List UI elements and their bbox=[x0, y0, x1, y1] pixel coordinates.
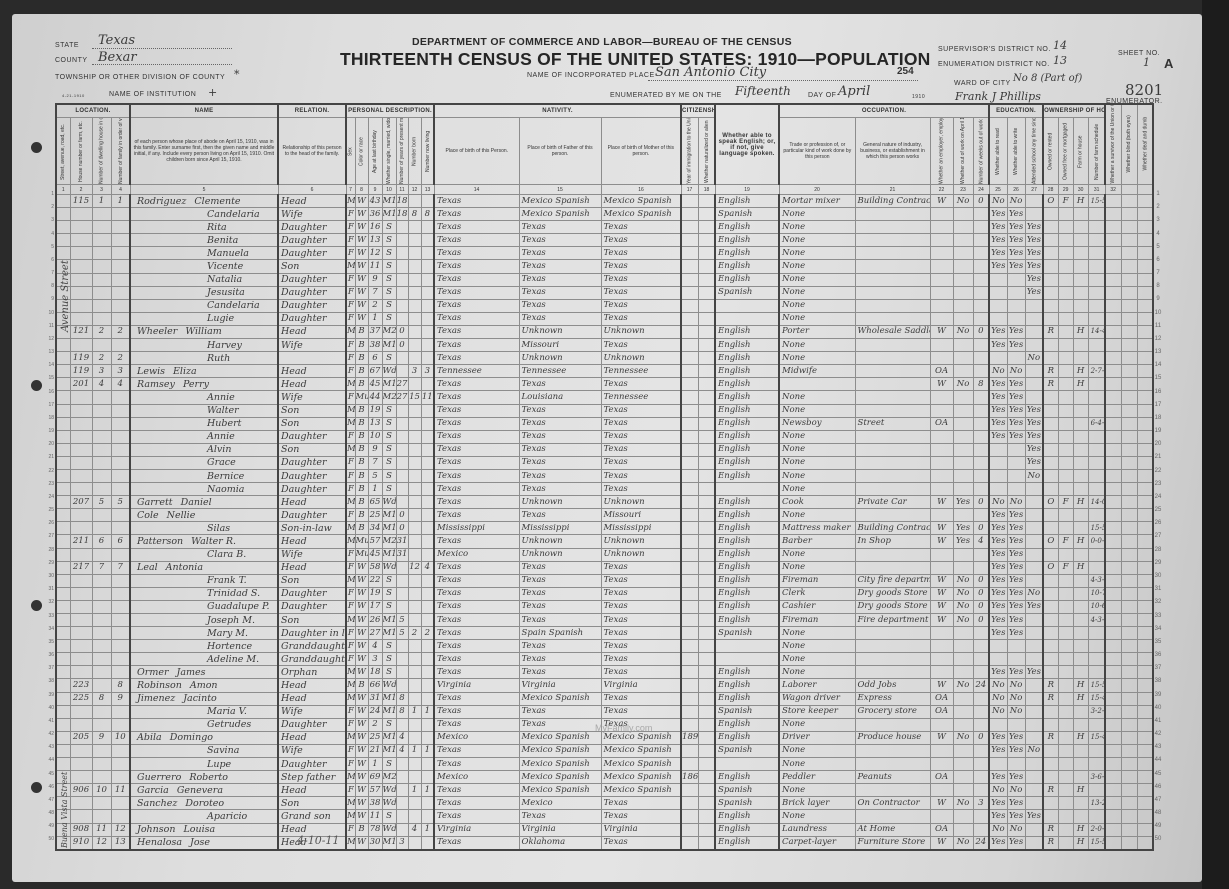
given-name: Candelaria bbox=[207, 300, 260, 311]
line-number: 40 bbox=[1150, 702, 1166, 715]
line-number: 22 bbox=[44, 465, 54, 478]
cell-mpob: Mississippi bbox=[601, 522, 681, 535]
table-row: LugieDaughterFW1STexasTexasTexasNone bbox=[56, 312, 1153, 325]
cell-own bbox=[1043, 339, 1058, 352]
cell-emp: OA bbox=[930, 771, 953, 784]
table-row: AparicioGrand sonMW11STexasTexasTexasEng… bbox=[56, 810, 1153, 823]
cell-name: JimenezJacinto bbox=[130, 692, 278, 705]
cell-pob: Texas bbox=[434, 273, 519, 286]
surname: Ramsey bbox=[137, 379, 175, 390]
cell-farm bbox=[1073, 600, 1088, 613]
cell-age: 7 bbox=[368, 286, 382, 299]
given-name: Amon bbox=[190, 680, 218, 691]
group-citizenship: CITIZENSHIP. bbox=[681, 104, 715, 118]
table-row: GraceDaughterFB7STexasTexasTexasEnglishN… bbox=[56, 456, 1153, 469]
header-trade: Trade or profession of, or particular ki… bbox=[779, 118, 855, 185]
cell-dwell: 11 bbox=[92, 823, 111, 836]
cell-street bbox=[56, 627, 70, 640]
cell-lang bbox=[715, 758, 779, 771]
cell-trade: Fireman bbox=[779, 614, 855, 627]
cell-born bbox=[408, 496, 421, 509]
group-education: EDUCATION. bbox=[989, 104, 1043, 118]
cell-farm bbox=[1073, 417, 1088, 430]
cell-rel: Daughter bbox=[278, 273, 346, 286]
cell-fam bbox=[111, 758, 130, 771]
cell-write: Yes bbox=[1007, 810, 1025, 823]
cell-imm bbox=[681, 325, 698, 338]
given-name: Grace bbox=[207, 457, 236, 468]
cell-nat bbox=[698, 496, 715, 509]
cell-lang bbox=[715, 640, 779, 653]
cell-sched bbox=[1088, 561, 1105, 574]
cell-rel: Head bbox=[278, 731, 346, 744]
cell-lang: English bbox=[715, 509, 779, 522]
cell-rel: Daughter bbox=[278, 312, 346, 325]
cell-surv bbox=[1105, 391, 1121, 404]
cell-trade: None bbox=[779, 286, 855, 299]
cell-nat bbox=[698, 391, 715, 404]
cell-ind: Express bbox=[855, 692, 930, 705]
cell-living bbox=[421, 496, 434, 509]
cell-free bbox=[1058, 325, 1073, 338]
cell-yrs: 8 bbox=[396, 692, 408, 705]
cell-ind: Furniture Store bbox=[855, 836, 930, 850]
cell-dwell bbox=[92, 273, 111, 286]
cell-rel: Son bbox=[278, 797, 346, 810]
cell-fam: 11 bbox=[111, 784, 130, 797]
line-number: 13 bbox=[44, 346, 54, 359]
cell-read bbox=[989, 758, 1007, 771]
cell-free bbox=[1058, 299, 1073, 312]
column-number: 20 bbox=[779, 185, 855, 195]
cell-wks: 0 bbox=[973, 195, 989, 208]
cell-rel: Head bbox=[278, 561, 346, 574]
cell-sch: Yes bbox=[1025, 810, 1043, 823]
cell-age: 3 bbox=[368, 653, 382, 666]
column-number: 16 bbox=[601, 185, 681, 195]
cell-lang: English bbox=[715, 548, 779, 561]
cell-mpob: Texas bbox=[601, 836, 681, 850]
street-annotation: Buena Vista Street bbox=[60, 772, 69, 848]
cell-surv bbox=[1105, 339, 1121, 352]
cell-free bbox=[1058, 339, 1073, 352]
cell-free bbox=[1058, 404, 1073, 417]
cell-living bbox=[421, 312, 434, 325]
cell-farm bbox=[1073, 614, 1088, 627]
line-number: 39 bbox=[44, 689, 54, 702]
cell-sex: M bbox=[346, 666, 355, 679]
cell-sex: F bbox=[346, 509, 355, 522]
cell-blind bbox=[1121, 312, 1137, 325]
cell-fpob: Texas bbox=[519, 574, 601, 587]
line-number: 27 bbox=[1150, 530, 1166, 543]
header-industry: General nature of industry, business, or… bbox=[855, 118, 930, 185]
cell-race: W bbox=[355, 221, 368, 234]
given-name: Perry bbox=[183, 379, 209, 390]
cell-sched: 15-5-9-8 bbox=[1088, 679, 1105, 692]
cell-born bbox=[408, 469, 421, 482]
form-code: 4-21-1910 bbox=[62, 93, 85, 98]
cell-yrs bbox=[396, 273, 408, 286]
column-number: 4 bbox=[111, 185, 130, 195]
cell-lang: English bbox=[715, 692, 779, 705]
given-name: Savina bbox=[207, 745, 239, 756]
cell-lang: English bbox=[715, 535, 779, 548]
line-number: 18 bbox=[44, 412, 54, 425]
cell-emp bbox=[930, 548, 953, 561]
column-number: 22 bbox=[930, 185, 953, 195]
cell-sched bbox=[1088, 483, 1105, 496]
cell-imm bbox=[681, 430, 698, 443]
header-dwelling: Number of dwelling house in order of vis… bbox=[92, 118, 111, 185]
cell-house: 906 bbox=[70, 784, 92, 797]
cell-free: F bbox=[1058, 195, 1073, 208]
table-row: 9081112JohnsonLouisaHeadFB78Wd41Virginia… bbox=[56, 823, 1153, 836]
cell-name: Lugie bbox=[130, 312, 278, 325]
cell-yrs: 0 bbox=[396, 522, 408, 535]
punch-hole-icon bbox=[31, 142, 42, 153]
cell-sex: M bbox=[346, 614, 355, 627]
cell-out: No bbox=[953, 587, 973, 600]
cell-free bbox=[1058, 836, 1073, 850]
cell-living bbox=[421, 234, 434, 247]
cell-farm: H bbox=[1073, 365, 1088, 378]
cell-born bbox=[408, 600, 421, 613]
cell-house bbox=[70, 443, 92, 456]
cell-ind bbox=[855, 339, 930, 352]
cell-lang: English bbox=[715, 469, 779, 482]
cell-trade: Mattress maker bbox=[779, 522, 855, 535]
cell-out bbox=[953, 771, 973, 784]
cell-trade: Porter bbox=[779, 325, 855, 338]
cell-wks bbox=[973, 365, 989, 378]
cell-write: Yes bbox=[1007, 797, 1025, 810]
cell-mpob: Tennessee bbox=[601, 391, 681, 404]
line-number: 8 bbox=[44, 280, 54, 293]
column-number: 7 bbox=[346, 185, 355, 195]
line-number: 47 bbox=[44, 794, 54, 807]
cell-emp bbox=[930, 443, 953, 456]
cell-surv bbox=[1105, 273, 1121, 286]
cell-lang: English bbox=[715, 378, 779, 391]
cell-surv bbox=[1105, 456, 1121, 469]
cell-sch bbox=[1025, 299, 1043, 312]
cell-blind bbox=[1121, 365, 1137, 378]
column-number: 6 bbox=[278, 185, 346, 195]
cell-wks bbox=[973, 718, 989, 731]
cell-yrs: 18 bbox=[396, 195, 408, 208]
cell-free bbox=[1058, 679, 1073, 692]
cell-mar: S bbox=[382, 221, 396, 234]
cell-house: 121 bbox=[70, 325, 92, 338]
cell-dwell bbox=[92, 771, 111, 784]
cell-fpob: Texas bbox=[519, 483, 601, 496]
cell-read: Yes bbox=[989, 391, 1007, 404]
sheet-no-value: 1 bbox=[1143, 56, 1150, 69]
cell-lang: English bbox=[715, 587, 779, 600]
given-name: Ruth bbox=[207, 353, 230, 364]
cell-age: 36 bbox=[368, 208, 382, 221]
cell-imm bbox=[681, 679, 698, 692]
cell-race: W bbox=[355, 614, 368, 627]
cell-free bbox=[1058, 430, 1073, 443]
cell-own bbox=[1043, 666, 1058, 679]
cell-race: W bbox=[355, 705, 368, 718]
cell-rel: Granddaughter bbox=[278, 640, 346, 653]
table-row: Trinidad S.DaughterFW19STexasTexasTexasE… bbox=[56, 587, 1153, 600]
table-row: 205910AbilaDomingoHeadMW25M14MexicoMexic… bbox=[56, 731, 1153, 744]
cell-yrs bbox=[396, 443, 408, 456]
cell-fam bbox=[111, 469, 130, 482]
cell-dwell: 2 bbox=[92, 352, 111, 365]
cell-nat bbox=[698, 509, 715, 522]
header-language: Whether able to speak English; or, if no… bbox=[715, 104, 779, 185]
incorporated-line bbox=[648, 80, 918, 81]
cell-house bbox=[70, 430, 92, 443]
given-name: Daniel bbox=[181, 497, 212, 508]
cell-out bbox=[953, 469, 973, 482]
cell-out bbox=[953, 352, 973, 365]
table-row: JesusitaDaughterFW7STexasTexasTexasSpani… bbox=[56, 286, 1153, 299]
cell-blind bbox=[1121, 273, 1137, 286]
cell-fpob: Texas bbox=[519, 286, 601, 299]
cell-born bbox=[408, 352, 421, 365]
given-name: Joseph M. bbox=[207, 615, 255, 626]
cell-emp bbox=[930, 208, 953, 221]
cell-read bbox=[989, 718, 1007, 731]
cell-age: 17 bbox=[368, 600, 382, 613]
cell-farm: H bbox=[1073, 692, 1088, 705]
cell-sex: M bbox=[346, 404, 355, 417]
cell-dwell bbox=[92, 614, 111, 627]
cell-read: No bbox=[989, 705, 1007, 718]
line-number: 19 bbox=[1150, 425, 1166, 438]
cell-imm bbox=[681, 234, 698, 247]
cell-fam bbox=[111, 391, 130, 404]
cell-ind bbox=[855, 221, 930, 234]
cell-surv bbox=[1105, 325, 1121, 338]
cell-name: Hubert bbox=[130, 417, 278, 430]
cell-ind: City fire department bbox=[855, 574, 930, 587]
column-number: 28 bbox=[1043, 185, 1058, 195]
cell-free bbox=[1058, 260, 1073, 273]
cell-mpob: Texas bbox=[601, 247, 681, 260]
cell-ind bbox=[855, 469, 930, 482]
cell-mpob: Texas bbox=[601, 587, 681, 600]
surname: Johnson bbox=[137, 824, 175, 835]
cell-sched: 4-3-5-X bbox=[1088, 574, 1105, 587]
cell-race: W bbox=[355, 784, 368, 797]
cell-farm bbox=[1073, 286, 1088, 299]
cell-born bbox=[408, 378, 421, 391]
cell-street bbox=[56, 417, 70, 430]
cell-trade: None bbox=[779, 208, 855, 221]
cell-lang: Spanish bbox=[715, 286, 779, 299]
cell-rel: Head bbox=[278, 496, 346, 509]
cell-name: Benita bbox=[130, 234, 278, 247]
cell-write: Yes bbox=[1007, 535, 1025, 548]
cell-mpob: Texas bbox=[601, 692, 681, 705]
cell-write: Yes bbox=[1007, 627, 1025, 640]
cell-blind bbox=[1121, 758, 1137, 771]
cell-ind bbox=[855, 640, 930, 653]
table-row: HubertSonMB13STexasTexasTexasEnglishNews… bbox=[56, 417, 1153, 430]
cell-out: Yes bbox=[953, 522, 973, 535]
cell-wks: 0 bbox=[973, 600, 989, 613]
cell-rel: Daughter bbox=[278, 299, 346, 312]
cell-sch bbox=[1025, 195, 1043, 208]
cell-house: 119 bbox=[70, 352, 92, 365]
line-number: 33 bbox=[1150, 610, 1166, 623]
column-number: 31 bbox=[1088, 185, 1105, 195]
cell-mpob: Unknown bbox=[601, 325, 681, 338]
cell-house bbox=[70, 718, 92, 731]
cell-race: B bbox=[355, 365, 368, 378]
cell-pob: Texas bbox=[434, 312, 519, 325]
cell-wks bbox=[973, 247, 989, 260]
cell-nat bbox=[698, 810, 715, 823]
cell-fpob: Mexico Spanish bbox=[519, 744, 601, 757]
cell-emp: W bbox=[930, 587, 953, 600]
cell-rel: Daughter bbox=[278, 483, 346, 496]
cell-age: 25 bbox=[368, 509, 382, 522]
cell-born: 4 bbox=[408, 823, 421, 836]
cell-nat bbox=[698, 365, 715, 378]
cell-lang: English bbox=[715, 731, 779, 744]
cell-street bbox=[56, 365, 70, 378]
cell-write: Yes bbox=[1007, 836, 1025, 850]
cell-out: Yes bbox=[953, 535, 973, 548]
cell-street bbox=[56, 614, 70, 627]
cell-read: Yes bbox=[989, 260, 1007, 273]
cell-dwell bbox=[92, 456, 111, 469]
cell-sex: M bbox=[346, 378, 355, 391]
cell-emp: W bbox=[930, 600, 953, 613]
header-born: Number born bbox=[408, 118, 421, 185]
cell-born bbox=[408, 810, 421, 823]
cell-blind bbox=[1121, 587, 1137, 600]
cell-own bbox=[1043, 797, 1058, 810]
street-annotation: Avenue Street bbox=[60, 260, 71, 332]
cell-emp bbox=[930, 352, 953, 365]
cell-sched bbox=[1088, 339, 1105, 352]
cell-dwell: 12 bbox=[92, 836, 111, 850]
cell-fpob: Texas bbox=[519, 378, 601, 391]
given-name: Louisa bbox=[184, 824, 216, 835]
line-number: 9 bbox=[1150, 293, 1166, 306]
cell-blind bbox=[1121, 548, 1137, 561]
county-value: Bexar bbox=[98, 50, 137, 65]
cell-age: 4 bbox=[368, 640, 382, 653]
cell-rel: Head bbox=[278, 195, 346, 208]
given-name: Bernice bbox=[207, 471, 244, 482]
line-number: 43 bbox=[1150, 741, 1166, 754]
cell-race: Mu bbox=[355, 535, 368, 548]
cell-read: No bbox=[989, 679, 1007, 692]
cell-wks: 0 bbox=[973, 614, 989, 627]
header-farm: Farm or house bbox=[1073, 118, 1088, 185]
cell-nat bbox=[698, 469, 715, 482]
page-title: THIRTEENTH CENSUS OF THE UNITED STATES: … bbox=[340, 49, 931, 70]
cell-write: Yes bbox=[1007, 339, 1025, 352]
cell-fam bbox=[111, 417, 130, 430]
cell-imm bbox=[681, 417, 698, 430]
cell-fam: 7 bbox=[111, 561, 130, 574]
cell-mpob: Texas bbox=[601, 299, 681, 312]
cell-nat bbox=[698, 430, 715, 443]
cell-age: 10 bbox=[368, 430, 382, 443]
table-row: LupeDaughterFW1STexasMexico SpanishMexic… bbox=[56, 758, 1153, 771]
cell-out bbox=[953, 456, 973, 469]
cell-free bbox=[1058, 718, 1073, 731]
line-number: 26 bbox=[44, 517, 54, 530]
surname: Guerrero bbox=[137, 772, 181, 783]
cell-age: 24 bbox=[368, 705, 382, 718]
cell-sch bbox=[1025, 365, 1043, 378]
cell-sch: No bbox=[1025, 469, 1043, 482]
cell-blind bbox=[1121, 810, 1137, 823]
cell-sch bbox=[1025, 627, 1043, 640]
cell-race: B bbox=[355, 509, 368, 522]
cell-sch bbox=[1025, 208, 1043, 221]
cell-ind bbox=[855, 456, 930, 469]
cell-trade: None bbox=[779, 352, 855, 365]
cell-read: Yes bbox=[989, 208, 1007, 221]
cell-living bbox=[421, 286, 434, 299]
cell-free bbox=[1058, 221, 1073, 234]
cell-wks bbox=[973, 469, 989, 482]
cell-imm bbox=[681, 653, 698, 666]
cell-ind: Building Contractor bbox=[855, 522, 930, 535]
cell-out: No bbox=[953, 797, 973, 810]
cell-imm bbox=[681, 758, 698, 771]
cell-surv bbox=[1105, 614, 1121, 627]
cell-sch bbox=[1025, 640, 1043, 653]
header-read: Whether able to read bbox=[989, 118, 1007, 185]
cell-sex: F bbox=[346, 339, 355, 352]
cell-out: No bbox=[953, 600, 973, 613]
cell-mar: S bbox=[382, 417, 396, 430]
cell-fpob: Texas bbox=[519, 810, 601, 823]
table-row: 12122WheelerWilliamHeadMB37M20TexasUnkno… bbox=[56, 325, 1153, 338]
surname: Robinson bbox=[137, 680, 182, 691]
cell-trade: None bbox=[779, 810, 855, 823]
cell-yrs bbox=[396, 810, 408, 823]
cell-street bbox=[56, 600, 70, 613]
cell-fpob: Texas bbox=[519, 221, 601, 234]
cell-emp: OA bbox=[930, 705, 953, 718]
cell-rel: Head bbox=[278, 679, 346, 692]
cell-out bbox=[953, 509, 973, 522]
cell-free bbox=[1058, 587, 1073, 600]
cell-living bbox=[421, 535, 434, 548]
cell-mpob: Texas bbox=[601, 234, 681, 247]
surname: Cole bbox=[137, 510, 159, 521]
cell-race: W bbox=[355, 286, 368, 299]
cell-name: OrmerJames bbox=[130, 666, 278, 679]
cell-imm bbox=[681, 535, 698, 548]
column-number: 17 bbox=[681, 185, 698, 195]
cell-nat bbox=[698, 483, 715, 496]
cell-sched: 15-4-X-3 bbox=[1088, 692, 1105, 705]
cell-age: 65 bbox=[368, 496, 382, 509]
cell-farm bbox=[1073, 312, 1088, 325]
cell-sched: 3-6-3-X bbox=[1088, 771, 1105, 784]
cell-own bbox=[1043, 456, 1058, 469]
cell-fpob: Mexico Spanish bbox=[519, 771, 601, 784]
cell-house bbox=[70, 744, 92, 757]
supervisor-district-label: SUPERVISOR'S DISTRICT NO. bbox=[938, 46, 1051, 53]
